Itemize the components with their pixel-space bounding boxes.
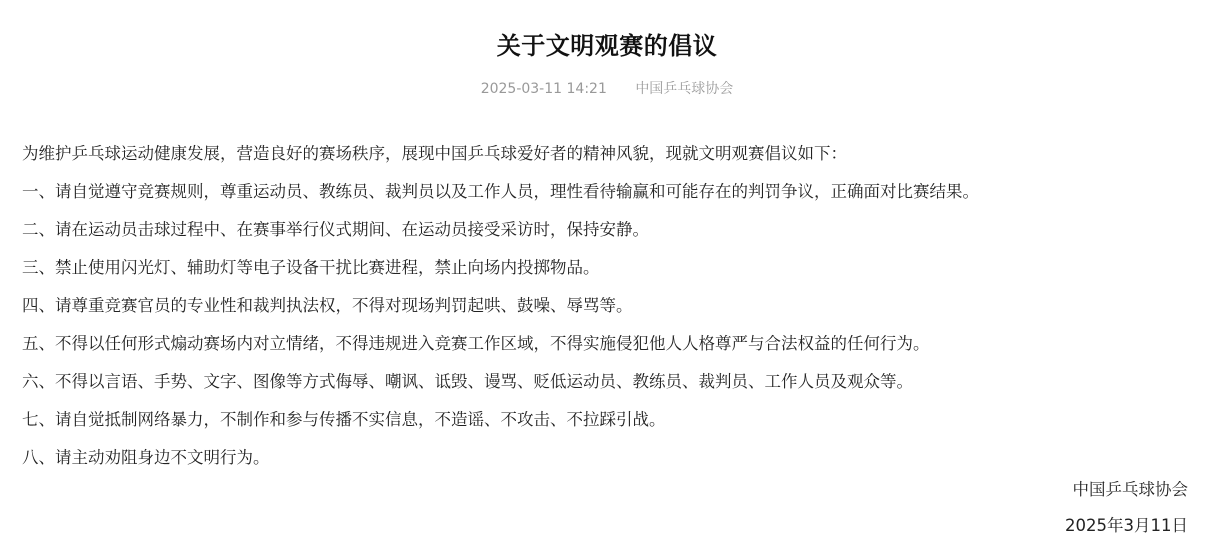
article: 关于文明观赛的倡议 2025-03-11 14:21 中国乒乓球协会 为维护乒乓… [0, 0, 1214, 560]
article-body: 为维护乒乓球运动健康发展，营造良好的赛场秩序，展现中国乒乓球爱好者的精神风貌，现… [22, 135, 1202, 477]
article-source: 中国乒乓球协会 [635, 81, 733, 97]
initiative-item-7: 七、请自觉抵制网络暴力，不制作和参与传播不实信息，不造谣、不攻击、不拉踩引战。 [22, 401, 1202, 439]
initiative-item-1: 一、请自觉遵守竞赛规则，尊重运动员、教练员、裁判员以及工作人员，理性看待输赢和可… [22, 173, 1202, 211]
signature-date: 2025年3月11日 [1065, 508, 1188, 544]
initiative-item-2: 二、请在运动员击球过程中、在赛事举行仪式期间、在运动员接受采访时，保持安静。 [22, 211, 1202, 249]
initiative-item-3: 三、禁止使用闪光灯、辅助灯等电子设备干扰比赛进程，禁止向场内投掷物品。 [22, 249, 1202, 287]
signature-organization: 中国乒乓球协会 [1065, 472, 1188, 508]
article-title: 关于文明观赛的倡议 [0, 28, 1214, 64]
initiative-item-5: 五、不得以任何形式煽动赛场内对立情绪，不得违规进入竞赛工作区域，不得实施侵犯他人… [22, 325, 1202, 363]
publish-datetime: 2025-03-11 14:21 [481, 81, 607, 97]
article-meta: 2025-03-11 14:21 中国乒乓球协会 [0, 78, 1214, 100]
intro-paragraph: 为维护乒乓球运动健康发展，营造良好的赛场秩序，展现中国乒乓球爱好者的精神风貌，现… [22, 135, 1202, 173]
initiative-item-8: 八、请主动劝阻身边不文明行为。 [22, 439, 1202, 477]
initiative-item-6: 六、不得以言语、手势、文字、图像等方式侮辱、嘲讽、诋毁、谩骂、贬低运动员、教练员… [22, 363, 1202, 401]
signature-block: 中国乒乓球协会 2025年3月11日 [1065, 472, 1188, 544]
initiative-item-4: 四、请尊重竞赛官员的专业性和裁判执法权，不得对现场判罚起哄、鼓噪、辱骂等。 [22, 287, 1202, 325]
